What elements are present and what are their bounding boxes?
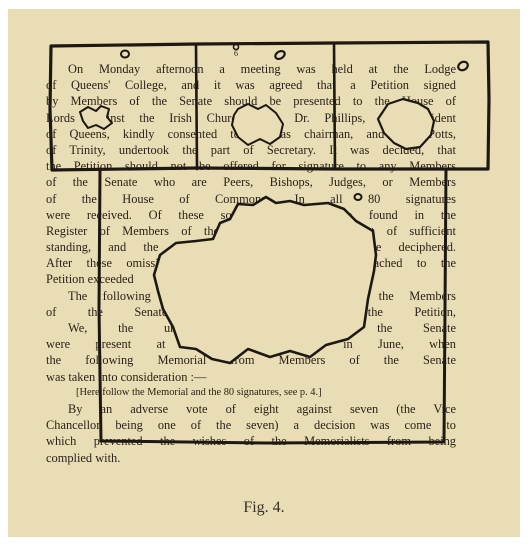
frame-divider	[334, 43, 335, 169]
frame-overlay: 6	[8, 9, 520, 537]
frame-divider	[196, 45, 197, 169]
page-number-mark: 6	[234, 49, 238, 58]
cut-hole	[154, 197, 376, 363]
scanned-page: On Monday afternoon a meeting was held a…	[8, 9, 520, 537]
figure-caption: Fig. 4.	[8, 499, 520, 517]
